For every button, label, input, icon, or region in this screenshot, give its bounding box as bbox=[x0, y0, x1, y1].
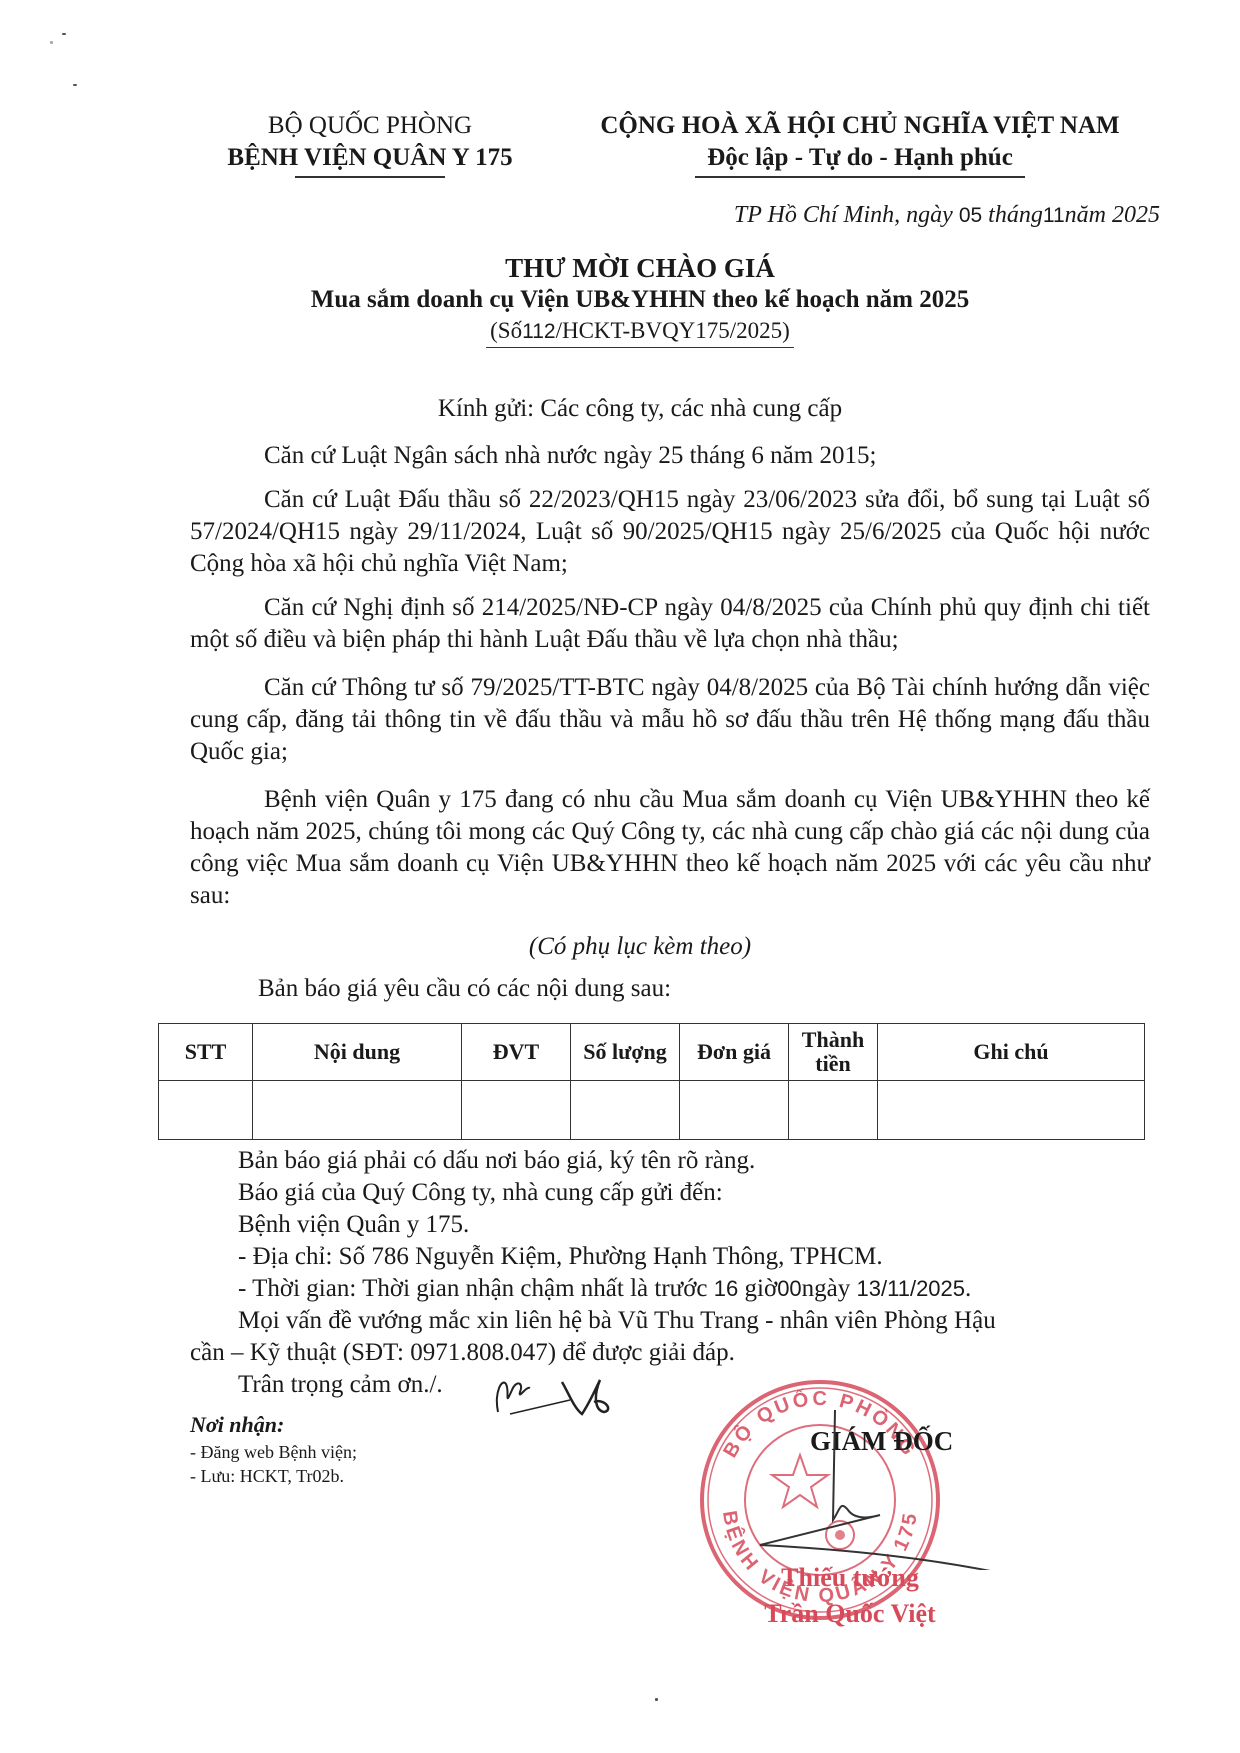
scan-artifact bbox=[73, 84, 77, 86]
contact-line: cần – Kỹ thuật (SĐT: 0971.808.047) để đư… bbox=[190, 1337, 735, 1369]
issuer-block: BỘ QUỐC PHÒNG BỆNH VIỆN QUÂN Y 175 bbox=[180, 110, 560, 178]
col-header-notes: Ghi chú bbox=[878, 1024, 1145, 1081]
paragraph-text: Căn cứ Luật Đấu thầu số 22/2023/QH15 ngà… bbox=[190, 486, 1150, 577]
signer-name: Trần Quốc Việt bbox=[700, 1596, 1000, 1632]
table-cell bbox=[789, 1081, 878, 1140]
document-title-block: THƯ MỜI CHÀO GIÁ Mua sắm doanh cụ Viện U… bbox=[180, 252, 1100, 348]
deadline-date: 13/11/2025 bbox=[857, 1276, 965, 1301]
reference-prefix: (Số bbox=[490, 318, 522, 343]
send-to-line: Báo giá của Quý Công ty, nhà cung cấp gử… bbox=[238, 1177, 723, 1209]
deadline-line: - Thời gian: Thời gian nhận chậm nhất là… bbox=[238, 1273, 971, 1305]
legal-basis-paragraph: Căn cứ Nghị định số 214/2025/NĐ-CP ngày … bbox=[190, 592, 1150, 656]
month-label: tháng bbox=[982, 202, 1043, 228]
signer-rank-name: Thiếu tướng Trần Quốc Việt bbox=[700, 1560, 1000, 1632]
recipients-block: Nơi nhận: - Đăng web Bệnh viện; - Lưu: H… bbox=[190, 1410, 357, 1488]
col-header-total: Thành tiền bbox=[789, 1024, 878, 1081]
reference-suffix: /HCKT-BVQY175/2025) bbox=[556, 318, 790, 343]
table-cell bbox=[680, 1081, 789, 1140]
col-header-unit-price: Đơn giá bbox=[680, 1024, 789, 1081]
ministry-name: BỘ QUỐC PHÒNG bbox=[180, 110, 560, 142]
table-header-row: STT Nội dung ĐVT Số lượng Đơn giá Thành … bbox=[159, 1024, 1145, 1081]
country-name: CỘNG HOÀ XÃ HỘI CHỦ NGHĨA VIỆT NAM bbox=[560, 110, 1160, 142]
document-subtitle: Mua sắm doanh cụ Viện UB&YHHN theo kế ho… bbox=[180, 284, 1100, 316]
initials-signature-icon bbox=[490, 1372, 620, 1422]
place-date-prefix: TP Hồ Chí Minh, ngày bbox=[734, 202, 959, 228]
salutation: Kính gửi: Các công ty, các nhà cung cấp bbox=[180, 395, 1100, 423]
legal-basis-paragraph: Căn cứ Thông tư số 79/2025/TT-BTC ngày 0… bbox=[190, 672, 1150, 768]
national-motto: Độc lập - Tự do - Hạnh phúc bbox=[560, 142, 1160, 174]
table-cell bbox=[253, 1081, 462, 1140]
col-header-content: Nội dung bbox=[253, 1024, 462, 1081]
reference-number: 112 bbox=[522, 320, 555, 343]
request-paragraph: Bệnh viện Quân y 175 đang có nhu cầu Mua… bbox=[190, 784, 1150, 912]
document-title: THƯ MỜI CHÀO GIÁ bbox=[180, 252, 1100, 284]
paragraph-text: Bệnh viện Quân y 175 đang có nhu cầu Mua… bbox=[190, 786, 1150, 909]
closing-line: Trân trọng cảm ơn./. bbox=[238, 1369, 443, 1401]
deadline-hour-label: giờ bbox=[738, 1275, 777, 1302]
national-header: CỘNG HOÀ XÃ HỘI CHỦ NGHĨA VIỆT NAM Độc l… bbox=[560, 110, 1160, 178]
paragraph-text: Căn cứ Nghị định số 214/2025/NĐ-CP ngày … bbox=[190, 594, 1150, 653]
recipients-heading: Nơi nhận: bbox=[190, 1410, 357, 1440]
place-date: TP Hồ Chí Minh, ngày 05 tháng11năm 2025 bbox=[600, 202, 1160, 229]
paragraph-text: Căn cứ Thông tư số 79/2025/TT-BTC ngày 0… bbox=[190, 674, 1150, 765]
deadline-hour: 16 bbox=[714, 1276, 738, 1301]
col-header-unit: ĐVT bbox=[462, 1024, 571, 1081]
table-cell bbox=[159, 1081, 253, 1140]
table-cell bbox=[571, 1081, 680, 1140]
table-row bbox=[159, 1081, 1145, 1140]
date-day: 05 bbox=[959, 204, 982, 227]
organization-name: BỆNH VIỆN QUÂN Y 175 bbox=[180, 142, 560, 174]
table-cell bbox=[878, 1081, 1145, 1140]
deadline-minute: 00 bbox=[777, 1276, 801, 1301]
document-reference: (Số112/HCKT-BVQY175/2025) bbox=[486, 316, 794, 348]
deadline-day-label: ngày bbox=[802, 1275, 857, 1302]
signer-rank: Thiếu tướng bbox=[700, 1560, 1000, 1596]
col-header-quantity: Số lượng bbox=[571, 1024, 680, 1081]
scan-artifact bbox=[655, 1698, 658, 1701]
divider bbox=[295, 176, 445, 178]
recipient-line: Bệnh viện Quân y 175. bbox=[238, 1209, 469, 1241]
appendix-note: (Có phụ lục kèm theo) bbox=[180, 933, 1100, 961]
handwritten-signature-icon bbox=[740, 1400, 1020, 1570]
paragraph-text: Căn cứ Luật Ngân sách nhà nước ngày 25 t… bbox=[264, 442, 876, 469]
scan-artifact bbox=[62, 33, 66, 35]
quote-table: STT Nội dung ĐVT Số lượng Đơn giá Thành … bbox=[158, 1023, 1145, 1140]
year-label: năm 2025 bbox=[1065, 202, 1160, 228]
deadline-prefix: - Thời gian: Thời gian nhận chậm nhất là… bbox=[238, 1275, 714, 1302]
address-line: - Địa chỉ: Số 786 Nguyễn Kiệm, Phường Hạ… bbox=[238, 1241, 883, 1273]
scan-artifact bbox=[50, 41, 53, 44]
legal-basis-paragraph: Căn cứ Luật Đấu thầu số 22/2023/QH15 ngà… bbox=[190, 484, 1150, 580]
stamp-sign-requirement: Bản báo giá phải có dấu nơi báo giá, ký … bbox=[238, 1145, 755, 1177]
divider bbox=[695, 176, 1025, 178]
deadline-end: . bbox=[965, 1275, 971, 1302]
recipient-item: - Đăng web Bệnh viện; bbox=[190, 1440, 357, 1464]
legal-basis-paragraph: Căn cứ Luật Ngân sách nhà nước ngày 25 t… bbox=[190, 440, 1150, 472]
date-month: 11 bbox=[1043, 204, 1065, 227]
table-intro: Bản báo giá yêu cầu có các nội dung sau: bbox=[258, 975, 671, 1003]
recipient-item: - Lưu: HCKT, Tr02b. bbox=[190, 1464, 357, 1488]
col-header-stt: STT bbox=[159, 1024, 253, 1081]
contact-line: Mọi vấn đề vướng mắc xin liên hệ bà Vũ T… bbox=[238, 1305, 996, 1337]
table-cell bbox=[462, 1081, 571, 1140]
